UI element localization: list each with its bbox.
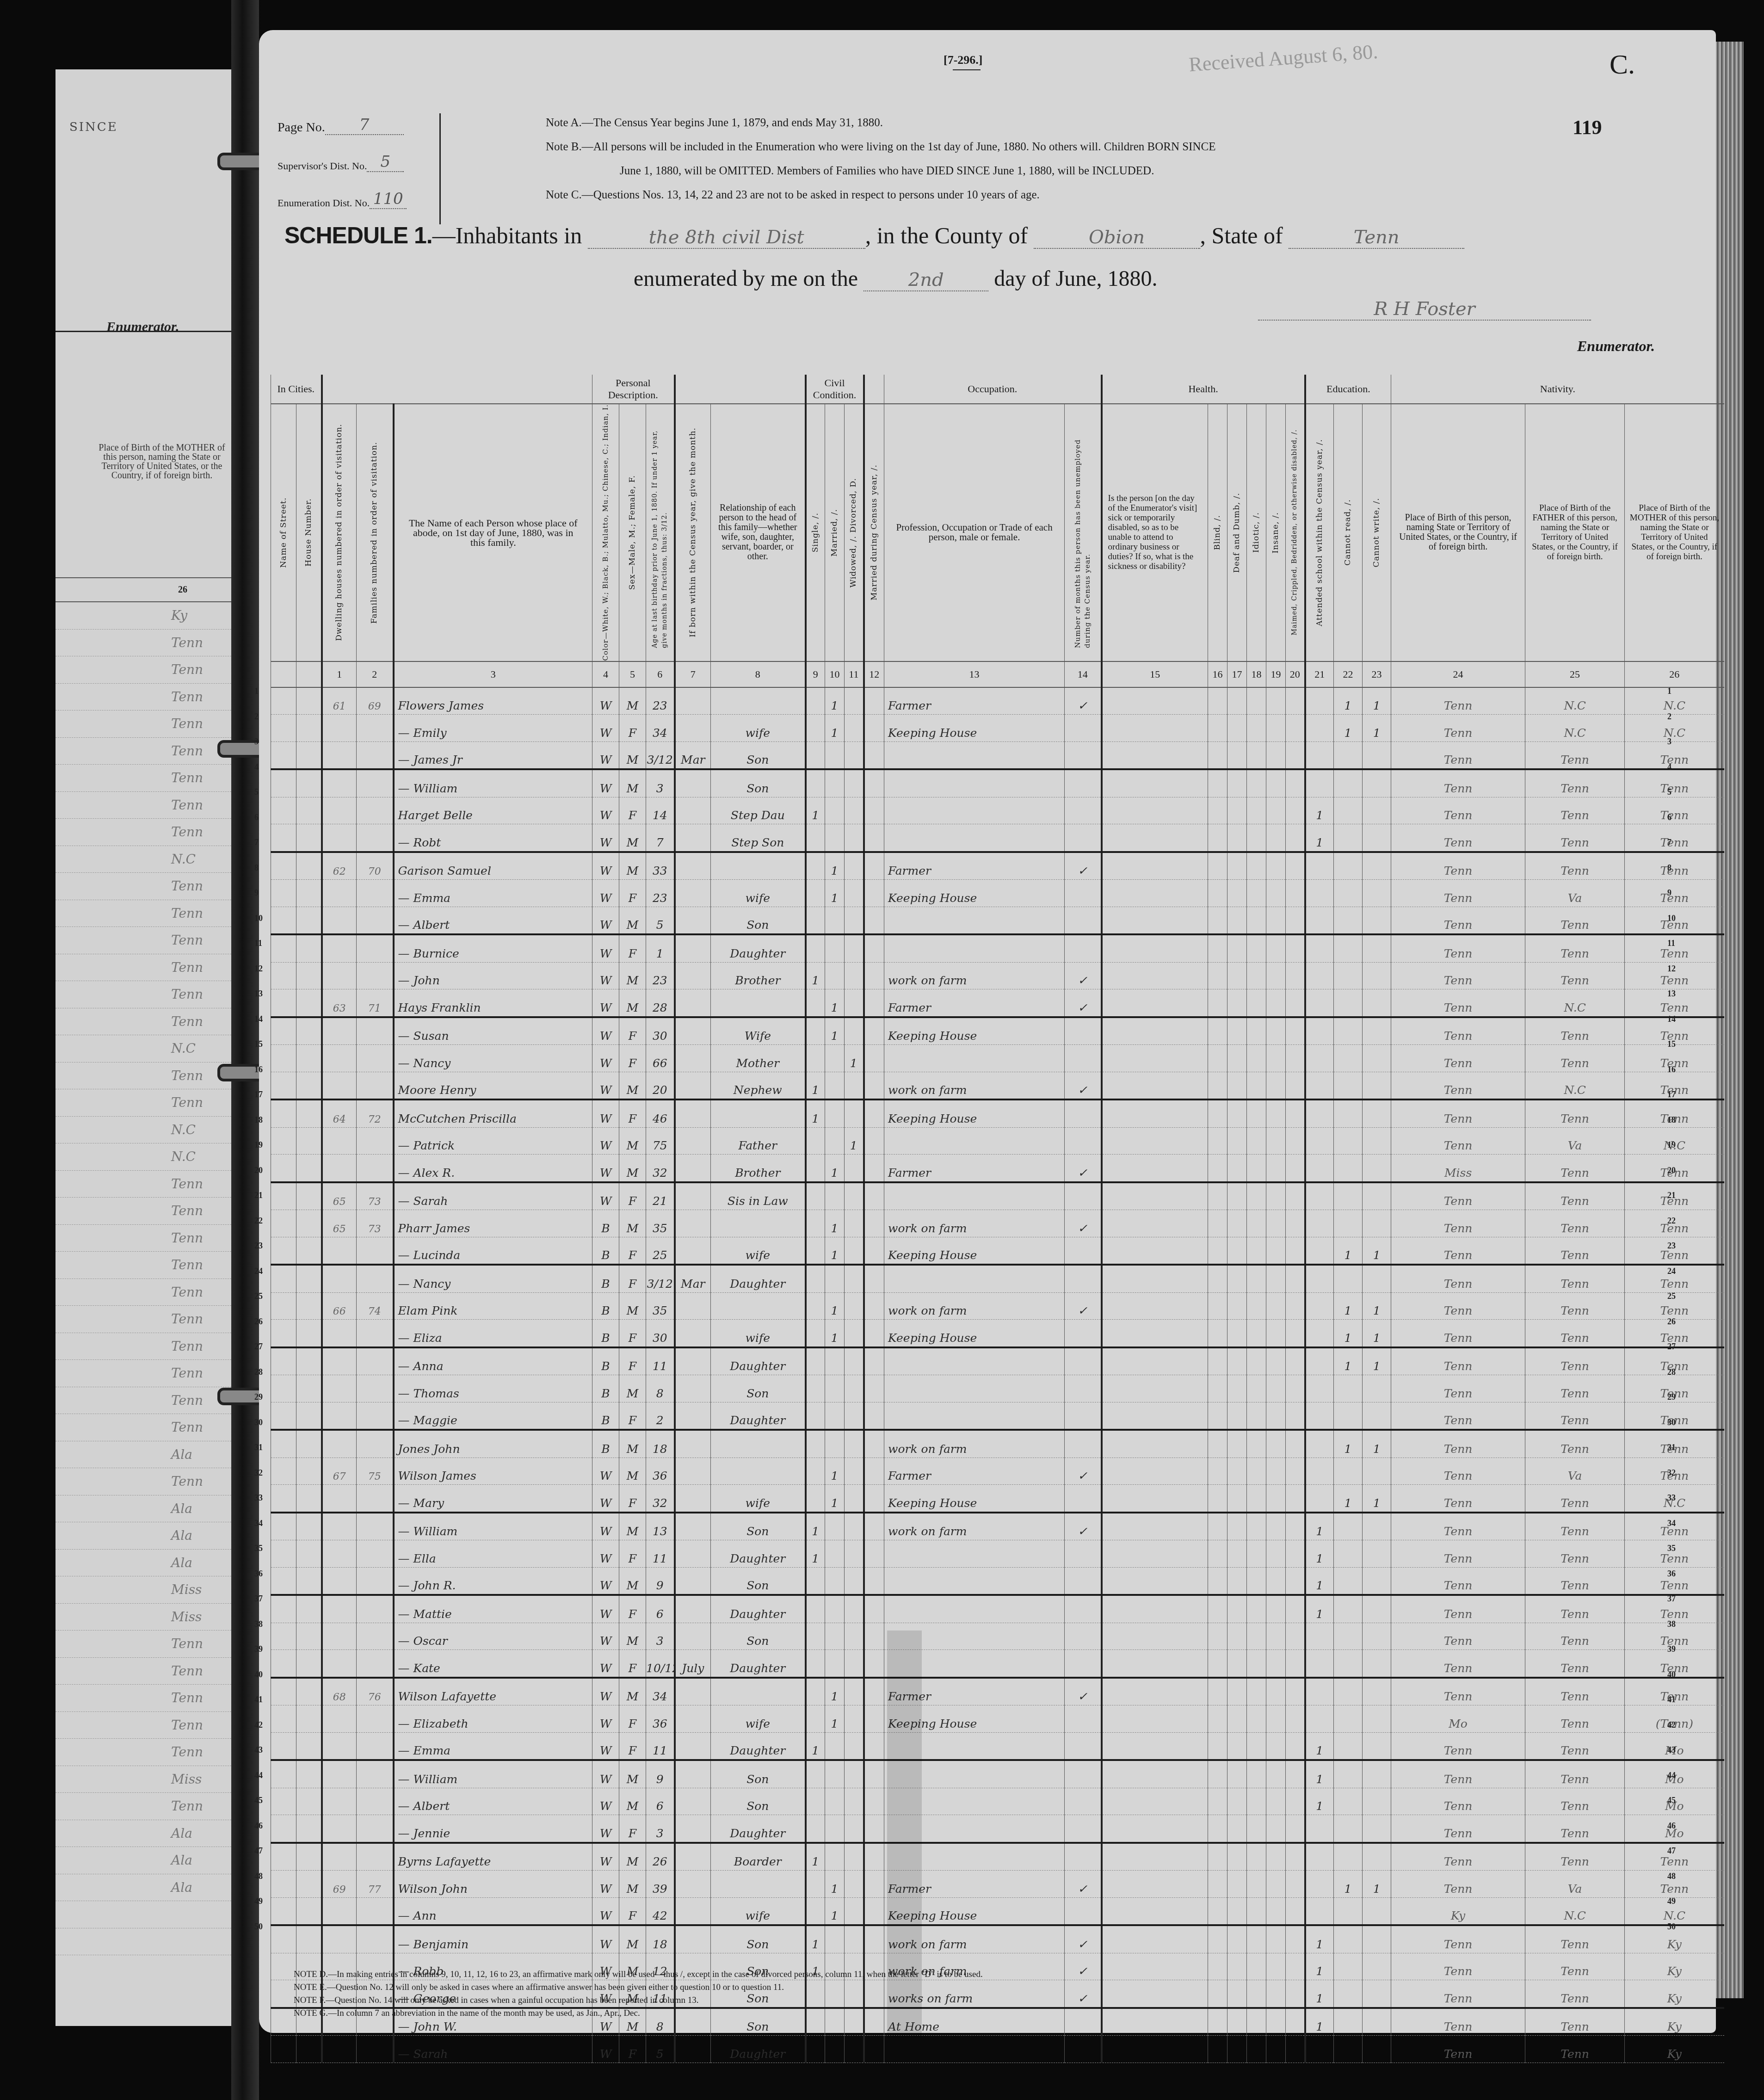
table-row: 6472McCutchen PriscillaWF461Keeping Hous… bbox=[271, 1099, 1724, 1127]
line-number: 37 bbox=[1667, 1594, 1676, 1604]
cell-married-census-year bbox=[864, 715, 884, 742]
cell-occupation bbox=[884, 1347, 1065, 1375]
cell-blind bbox=[1208, 1430, 1227, 1458]
line-number: 22 bbox=[254, 1216, 263, 1226]
cell-married: 1 bbox=[825, 880, 845, 907]
cell-attended-school bbox=[1305, 1072, 1334, 1099]
cell-family bbox=[357, 1925, 394, 1953]
cell-maimed bbox=[1286, 1980, 1305, 2008]
cell-married bbox=[825, 1513, 845, 1540]
cell-deaf-dumb bbox=[1227, 1375, 1247, 1402]
cell-unemployed: ✓ bbox=[1065, 1513, 1102, 1540]
cell-cannot-write bbox=[1363, 1925, 1391, 1953]
cell-unemployed bbox=[1065, 2008, 1102, 2036]
cell-insane bbox=[1266, 769, 1286, 797]
line-number: 48 bbox=[1667, 1871, 1676, 1881]
cell-street bbox=[271, 1897, 296, 1925]
cell-married-census-year bbox=[864, 1430, 884, 1458]
cell-sickness bbox=[1102, 1320, 1208, 1347]
cell-street bbox=[271, 741, 296, 769]
cell-dwelling bbox=[322, 715, 357, 742]
cell-sickness bbox=[1102, 1843, 1208, 1871]
census-rows: 6169Flowers JamesWM231Farmer✓11TennN.CN.… bbox=[271, 687, 1724, 2063]
cell-dwelling bbox=[322, 1595, 357, 1623]
cell-married bbox=[825, 769, 845, 797]
cell-color: W bbox=[592, 907, 619, 934]
cell-unemployed bbox=[1065, 880, 1102, 907]
cell-cannot-write bbox=[1363, 2008, 1391, 2036]
cell-maimed bbox=[1286, 741, 1305, 769]
table-row: — NancyBF3/12MarDaughterTennTennTenn bbox=[271, 1265, 1724, 1292]
line-number: 30 bbox=[1667, 1418, 1676, 1427]
cell-cannot-write bbox=[1363, 1980, 1391, 2008]
cell-widowed bbox=[845, 962, 864, 989]
cell-relationship: Son bbox=[711, 1788, 806, 1815]
cell-street bbox=[271, 1623, 296, 1650]
cell-age: 3 bbox=[646, 1815, 675, 1843]
cell-cannot-write: 1 bbox=[1363, 1430, 1391, 1458]
cell-family bbox=[357, 769, 394, 797]
cell-widowed bbox=[845, 715, 864, 742]
cell-dwelling bbox=[322, 1705, 357, 1733]
cell-street bbox=[271, 1650, 296, 1678]
cell-dwelling: 68 bbox=[322, 1678, 357, 1705]
cell-street bbox=[271, 1045, 296, 1072]
cell-blind bbox=[1208, 1623, 1227, 1650]
cell-birth-month bbox=[675, 1182, 711, 1210]
line-number: 41 bbox=[1667, 1695, 1676, 1705]
cell-insane bbox=[1266, 687, 1286, 715]
cell-age: 10/12 bbox=[646, 1650, 675, 1678]
cell-color: B bbox=[592, 1347, 619, 1375]
cell-single: 1 bbox=[806, 1099, 825, 1127]
cell-attended-school bbox=[1305, 1265, 1334, 1292]
cell-cannot-write bbox=[1363, 741, 1391, 769]
cell-dwelling bbox=[322, 1650, 357, 1678]
cell-house bbox=[296, 1292, 322, 1320]
cell-sex: F bbox=[619, 1099, 646, 1127]
cell-age: 36 bbox=[646, 1705, 675, 1733]
cell-father-birthplace: Tenn bbox=[1525, 1678, 1625, 1705]
cell-color: B bbox=[592, 1320, 619, 1347]
cell-deaf-dumb bbox=[1227, 1953, 1247, 1980]
header-occupation: Profession, Occupation or Trade of each … bbox=[884, 404, 1065, 661]
cell-cannot-read: 1 bbox=[1334, 1237, 1363, 1265]
line-number: 44 bbox=[254, 1771, 263, 1780]
cell-insane bbox=[1266, 1705, 1286, 1733]
cell-unemployed bbox=[1065, 1567, 1102, 1595]
cell-blind bbox=[1208, 1182, 1227, 1210]
cell-unemployed bbox=[1065, 2036, 1102, 2063]
cell-idiotic bbox=[1247, 1237, 1266, 1265]
cell-deaf-dumb bbox=[1227, 1237, 1247, 1265]
cell-single bbox=[806, 907, 825, 934]
left-page-row: Tenn bbox=[56, 1252, 241, 1279]
cell-family bbox=[357, 1402, 394, 1430]
cell-relationship: Daughter bbox=[711, 1540, 806, 1568]
line-number: 15 bbox=[1667, 1039, 1676, 1049]
cell-sickness bbox=[1102, 1815, 1208, 1843]
cell-insane bbox=[1266, 1017, 1286, 1045]
cell-insane bbox=[1266, 2008, 1286, 2036]
cell-unemployed: ✓ bbox=[1065, 852, 1102, 880]
cell-married bbox=[825, 1347, 845, 1375]
header-color: Color—White, W.; Black, B.; Mulatto, Mu.… bbox=[592, 404, 619, 661]
cell-street bbox=[271, 824, 296, 852]
cell-single bbox=[806, 1320, 825, 1347]
cell-married-census-year bbox=[864, 1540, 884, 1568]
cell-insane bbox=[1266, 1567, 1286, 1595]
cell-deaf-dumb bbox=[1227, 1045, 1247, 1072]
cell-relationship: Daughter bbox=[711, 1265, 806, 1292]
cell-birth-month bbox=[675, 1567, 711, 1595]
cell-family bbox=[357, 1897, 394, 1925]
cell-maimed bbox=[1286, 1788, 1305, 1815]
cell-occupation: Farmer bbox=[884, 1155, 1065, 1182]
cell-attended-school: 1 bbox=[1305, 797, 1334, 824]
cell-birthplace: Tenn bbox=[1391, 907, 1525, 934]
cell-sex: M bbox=[619, 769, 646, 797]
cell-house bbox=[296, 934, 322, 962]
cell-birthplace: Tenn bbox=[1391, 1458, 1525, 1485]
cell-birth-month bbox=[675, 1623, 711, 1650]
cell-house bbox=[296, 989, 322, 1017]
cell-birthplace: Tenn bbox=[1391, 1980, 1525, 2008]
cell-blind bbox=[1208, 1843, 1227, 1871]
cell-single: 1 bbox=[806, 1925, 825, 1953]
cell-blind bbox=[1208, 962, 1227, 989]
column-number: 24 bbox=[1391, 661, 1525, 687]
cell-family: 69 bbox=[357, 687, 394, 715]
cell-relationship: wife bbox=[711, 715, 806, 742]
cell-sickness bbox=[1102, 1402, 1208, 1430]
cell-sickness bbox=[1102, 852, 1208, 880]
cell-birthplace: Tenn bbox=[1391, 1099, 1525, 1127]
cell-married bbox=[825, 2036, 845, 2063]
cell-idiotic bbox=[1247, 687, 1266, 715]
cell-deaf-dumb bbox=[1227, 1897, 1247, 1925]
cell-house bbox=[296, 1127, 322, 1155]
cell-idiotic bbox=[1247, 1265, 1266, 1292]
cell-unemployed bbox=[1065, 1375, 1102, 1402]
cell-widowed bbox=[845, 1430, 864, 1458]
enumerator-signature: R H Foster bbox=[1258, 298, 1591, 321]
corner-letter: C. bbox=[1610, 49, 1635, 80]
cell-attended-school bbox=[1305, 852, 1334, 880]
cell-sickness bbox=[1102, 797, 1208, 824]
cell-father-birthplace: Tenn bbox=[1525, 1182, 1625, 1210]
note-b-continued: June 1, 1880, will be OMITTED. Members o… bbox=[546, 159, 1563, 183]
cell-maimed bbox=[1286, 1292, 1305, 1320]
table-row: — LucindaBF25wife1Keeping House11TennTen… bbox=[271, 1237, 1724, 1265]
cell-blind bbox=[1208, 1375, 1227, 1402]
cell-insane bbox=[1266, 1182, 1286, 1210]
cell-occupation: Keeping House bbox=[884, 1320, 1065, 1347]
cell-color: W bbox=[592, 1760, 619, 1788]
cell-attended-school bbox=[1305, 1292, 1334, 1320]
cell-family bbox=[357, 1815, 394, 1843]
cell-dwelling bbox=[322, 1567, 357, 1595]
cell-married bbox=[825, 1925, 845, 1953]
cell-age: 34 bbox=[646, 1678, 675, 1705]
cell-married-census-year bbox=[864, 1485, 884, 1513]
left-page-row: Tenn bbox=[56, 1414, 241, 1441]
cell-single bbox=[806, 1375, 825, 1402]
cell-cannot-write: 1 bbox=[1363, 1347, 1391, 1375]
cell-occupation bbox=[884, 907, 1065, 934]
cell-mother-birthplace: Tenn bbox=[1625, 852, 1724, 880]
line-number: 24 bbox=[1667, 1266, 1676, 1276]
cell-name: — Benjamin bbox=[394, 1925, 592, 1953]
cell-insane bbox=[1266, 1650, 1286, 1678]
cell-attended-school bbox=[1305, 1210, 1334, 1237]
cell-occupation bbox=[884, 1127, 1065, 1155]
cell-insane bbox=[1266, 1595, 1286, 1623]
folio-number: 119 bbox=[1573, 116, 1602, 139]
cell-idiotic bbox=[1247, 989, 1266, 1017]
table-row: — AlbertWM6Son1TennTennMo bbox=[271, 1788, 1724, 1815]
cell-sex: F bbox=[619, 1265, 646, 1292]
cell-house bbox=[296, 1897, 322, 1925]
left-page-since-text: SINCE bbox=[69, 120, 118, 134]
cell-house bbox=[296, 741, 322, 769]
cell-insane bbox=[1266, 1375, 1286, 1402]
cell-relationship: Son bbox=[711, 1513, 806, 1540]
cell-age: 23 bbox=[646, 880, 675, 907]
cell-cannot-write bbox=[1363, 1760, 1391, 1788]
cell-cannot-write bbox=[1363, 1650, 1391, 1678]
cell-unemployed: ✓ bbox=[1065, 1871, 1102, 1898]
cell-dwelling bbox=[322, 1430, 357, 1458]
cell-cannot-write: 1 bbox=[1363, 715, 1391, 742]
cell-dwelling bbox=[322, 824, 357, 852]
cell-house bbox=[296, 1430, 322, 1458]
cell-sickness bbox=[1102, 934, 1208, 962]
cell-birth-month bbox=[675, 1045, 711, 1072]
cell-widowed bbox=[845, 1485, 864, 1513]
cell-idiotic bbox=[1247, 1567, 1266, 1595]
cell-dwelling bbox=[322, 1732, 357, 1760]
cell-sex: M bbox=[619, 1292, 646, 1320]
cell-father-birthplace: Va bbox=[1525, 1127, 1625, 1155]
cell-deaf-dumb bbox=[1227, 1127, 1247, 1155]
cell-attended-school bbox=[1305, 1650, 1334, 1678]
table-row: — MattieWF6Daughter1TennTennTenn bbox=[271, 1595, 1724, 1623]
cell-occupation: work on farm bbox=[884, 1210, 1065, 1237]
cell-blind bbox=[1208, 741, 1227, 769]
cell-single: 1 bbox=[806, 1513, 825, 1540]
cell-deaf-dumb bbox=[1227, 1430, 1247, 1458]
cell-house bbox=[296, 1815, 322, 1843]
cell-maimed bbox=[1286, 1843, 1305, 1871]
cell-name: — Nancy bbox=[394, 1265, 592, 1292]
cell-birth-month bbox=[675, 1871, 711, 1898]
cell-insane bbox=[1266, 1513, 1286, 1540]
cell-sex: M bbox=[619, 1430, 646, 1458]
cell-family bbox=[357, 1540, 394, 1568]
cell-age: 26 bbox=[646, 1843, 675, 1871]
cell-street bbox=[271, 934, 296, 962]
cell-father-birthplace: Tenn bbox=[1525, 1925, 1625, 1953]
line-number: 8 bbox=[254, 863, 259, 873]
cell-birth-month bbox=[675, 880, 711, 907]
cell-single bbox=[806, 1292, 825, 1320]
cell-sex: F bbox=[619, 1540, 646, 1568]
line-number: 12 bbox=[1667, 964, 1676, 974]
cell-street bbox=[271, 1925, 296, 1953]
cell-sickness bbox=[1102, 1678, 1208, 1705]
cell-color: W bbox=[592, 1458, 619, 1485]
cell-occupation: Farmer bbox=[884, 687, 1065, 715]
cell-married bbox=[825, 1623, 845, 1650]
table-row: — ElizabethWF36wife1Keeping HouseMoTenn(… bbox=[271, 1705, 1724, 1733]
cell-father-birthplace: Tenn bbox=[1525, 907, 1625, 934]
cell-cannot-read: 1 bbox=[1334, 715, 1363, 742]
cell-street bbox=[271, 1458, 296, 1485]
cell-insane bbox=[1266, 1127, 1286, 1155]
cell-cannot-read bbox=[1334, 1732, 1363, 1760]
cell-house bbox=[296, 2036, 322, 2063]
cell-name: — John bbox=[394, 962, 592, 989]
header-birth-month: If born within the Census year, give the… bbox=[675, 404, 711, 661]
cell-house bbox=[296, 1155, 322, 1182]
cell-sickness bbox=[1102, 1127, 1208, 1155]
cell-house bbox=[296, 1595, 322, 1623]
cell-widowed bbox=[845, 741, 864, 769]
cell-family bbox=[357, 1705, 394, 1733]
line-number: 30 bbox=[254, 1418, 263, 1427]
cell-name: Wilson James bbox=[394, 1458, 592, 1485]
cell-cannot-write bbox=[1363, 1732, 1391, 1760]
line-number: 43 bbox=[1667, 1745, 1676, 1755]
cell-house bbox=[296, 852, 322, 880]
left-page-row: Tenn bbox=[56, 1198, 241, 1225]
left-page-row: Ala bbox=[56, 1820, 241, 1847]
cell-married-census-year bbox=[864, 1155, 884, 1182]
cell-birthplace: Tenn bbox=[1391, 1567, 1525, 1595]
cell-father-birthplace: Tenn bbox=[1525, 1099, 1625, 1127]
cell-sickness bbox=[1102, 1760, 1208, 1788]
cell-idiotic bbox=[1247, 1099, 1266, 1127]
cell-widowed bbox=[845, 1072, 864, 1099]
header-married: Married, /. bbox=[825, 404, 845, 661]
cell-widowed bbox=[845, 1925, 864, 1953]
cell-sickness bbox=[1102, 1595, 1208, 1623]
cell-relationship: Brother bbox=[711, 962, 806, 989]
column-number: 23 bbox=[1363, 661, 1391, 687]
cell-insane bbox=[1266, 1678, 1286, 1705]
table-row: — NancyWF66Mother1TennTennTenn bbox=[271, 1045, 1724, 1072]
cell-insane bbox=[1266, 880, 1286, 907]
cell-married bbox=[825, 797, 845, 824]
cell-color: W bbox=[592, 852, 619, 880]
left-page-row: Tenn bbox=[56, 1062, 241, 1090]
line-number: 3 bbox=[1667, 737, 1671, 747]
cell-family: 74 bbox=[357, 1292, 394, 1320]
cell-cannot-read bbox=[1334, 1375, 1363, 1402]
table-row: — BenjaminWM18Son1work on farm✓1TennTenn… bbox=[271, 1925, 1724, 1953]
cell-cannot-write bbox=[1363, 1843, 1391, 1871]
cell-idiotic bbox=[1247, 769, 1266, 797]
cell-cannot-read bbox=[1334, 1897, 1363, 1925]
cell-sex: M bbox=[619, 1513, 646, 1540]
left-page-row: Tenn bbox=[56, 1793, 241, 1820]
line-number: 2 bbox=[254, 712, 259, 722]
district-info: Page No. 7 Supervisor's Dist. No. 5 Enum… bbox=[278, 113, 441, 224]
cell-maimed bbox=[1286, 1237, 1305, 1265]
cell-cannot-read bbox=[1334, 1567, 1363, 1595]
cell-birthplace: Tenn bbox=[1391, 1595, 1525, 1623]
cell-cannot-write bbox=[1363, 880, 1391, 907]
cell-blind bbox=[1208, 1732, 1227, 1760]
cell-deaf-dumb bbox=[1227, 1458, 1247, 1485]
cell-name: Wilson John bbox=[394, 1871, 592, 1898]
cell-color: W bbox=[592, 1925, 619, 1953]
cell-birth-month bbox=[675, 1678, 711, 1705]
cell-attended-school bbox=[1305, 1897, 1334, 1925]
cell-house bbox=[296, 1732, 322, 1760]
cell-sickness bbox=[1102, 1897, 1208, 1925]
column-number: 15 bbox=[1102, 661, 1208, 687]
cell-married-census-year bbox=[864, 989, 884, 1017]
cell-widowed: 1 bbox=[845, 1045, 864, 1072]
cell-cannot-read: 1 bbox=[1334, 1347, 1363, 1375]
cell-father-birthplace: Tenn bbox=[1525, 1815, 1625, 1843]
cell-widowed bbox=[845, 1402, 864, 1430]
schedule-title-line: SCHEDULE 1. —Inhabitants in the 8th civi… bbox=[284, 222, 1464, 249]
cell-age: 1 bbox=[646, 934, 675, 962]
cell-sickness bbox=[1102, 1485, 1208, 1513]
column-number: 7 bbox=[675, 661, 711, 687]
cell-sex: M bbox=[619, 1623, 646, 1650]
line-number: 38 bbox=[254, 1619, 263, 1629]
cell-married-census-year bbox=[864, 1871, 884, 1898]
table-row: 6876Wilson LafayetteWM341Farmer✓TennTenn… bbox=[271, 1678, 1724, 1705]
cell-unemployed: ✓ bbox=[1065, 1678, 1102, 1705]
cell-birthplace: Tenn bbox=[1391, 852, 1525, 880]
cell-age: 66 bbox=[646, 1045, 675, 1072]
cell-insane bbox=[1266, 852, 1286, 880]
cell-unemployed bbox=[1065, 1265, 1102, 1292]
cell-sex: M bbox=[619, 1458, 646, 1485]
cell-widowed bbox=[845, 1897, 864, 1925]
left-page-row: Tenn bbox=[56, 819, 241, 846]
cell-color: W bbox=[592, 741, 619, 769]
cell-sex: F bbox=[619, 1045, 646, 1072]
cell-age: 21 bbox=[646, 1182, 675, 1210]
cell-color: B bbox=[592, 1402, 619, 1430]
line-number: 47 bbox=[254, 1846, 263, 1856]
cell-insane bbox=[1266, 1623, 1286, 1650]
cell-father-birthplace: Tenn bbox=[1525, 1980, 1625, 2008]
cell-street bbox=[271, 1017, 296, 1045]
table-row: — WilliamWM3SonTennTennTenn bbox=[271, 769, 1724, 797]
cell-blind bbox=[1208, 852, 1227, 880]
left-page-row: Tenn bbox=[56, 765, 241, 792]
cell-sickness bbox=[1102, 907, 1208, 934]
cell-birth-month bbox=[675, 907, 711, 934]
column-number: 21 bbox=[1305, 661, 1334, 687]
line-number: 11 bbox=[1667, 939, 1675, 948]
cell-dwelling bbox=[322, 934, 357, 962]
cell-birthplace: Tenn bbox=[1391, 1182, 1525, 1210]
cell-sickness bbox=[1102, 880, 1208, 907]
cell-father-birthplace: Va bbox=[1525, 1458, 1625, 1485]
cell-father-birthplace: Tenn bbox=[1525, 1540, 1625, 1568]
cell-birthplace: Tenn bbox=[1391, 2008, 1525, 2036]
cell-maimed bbox=[1286, 934, 1305, 962]
cell-color: W bbox=[592, 2036, 619, 2063]
